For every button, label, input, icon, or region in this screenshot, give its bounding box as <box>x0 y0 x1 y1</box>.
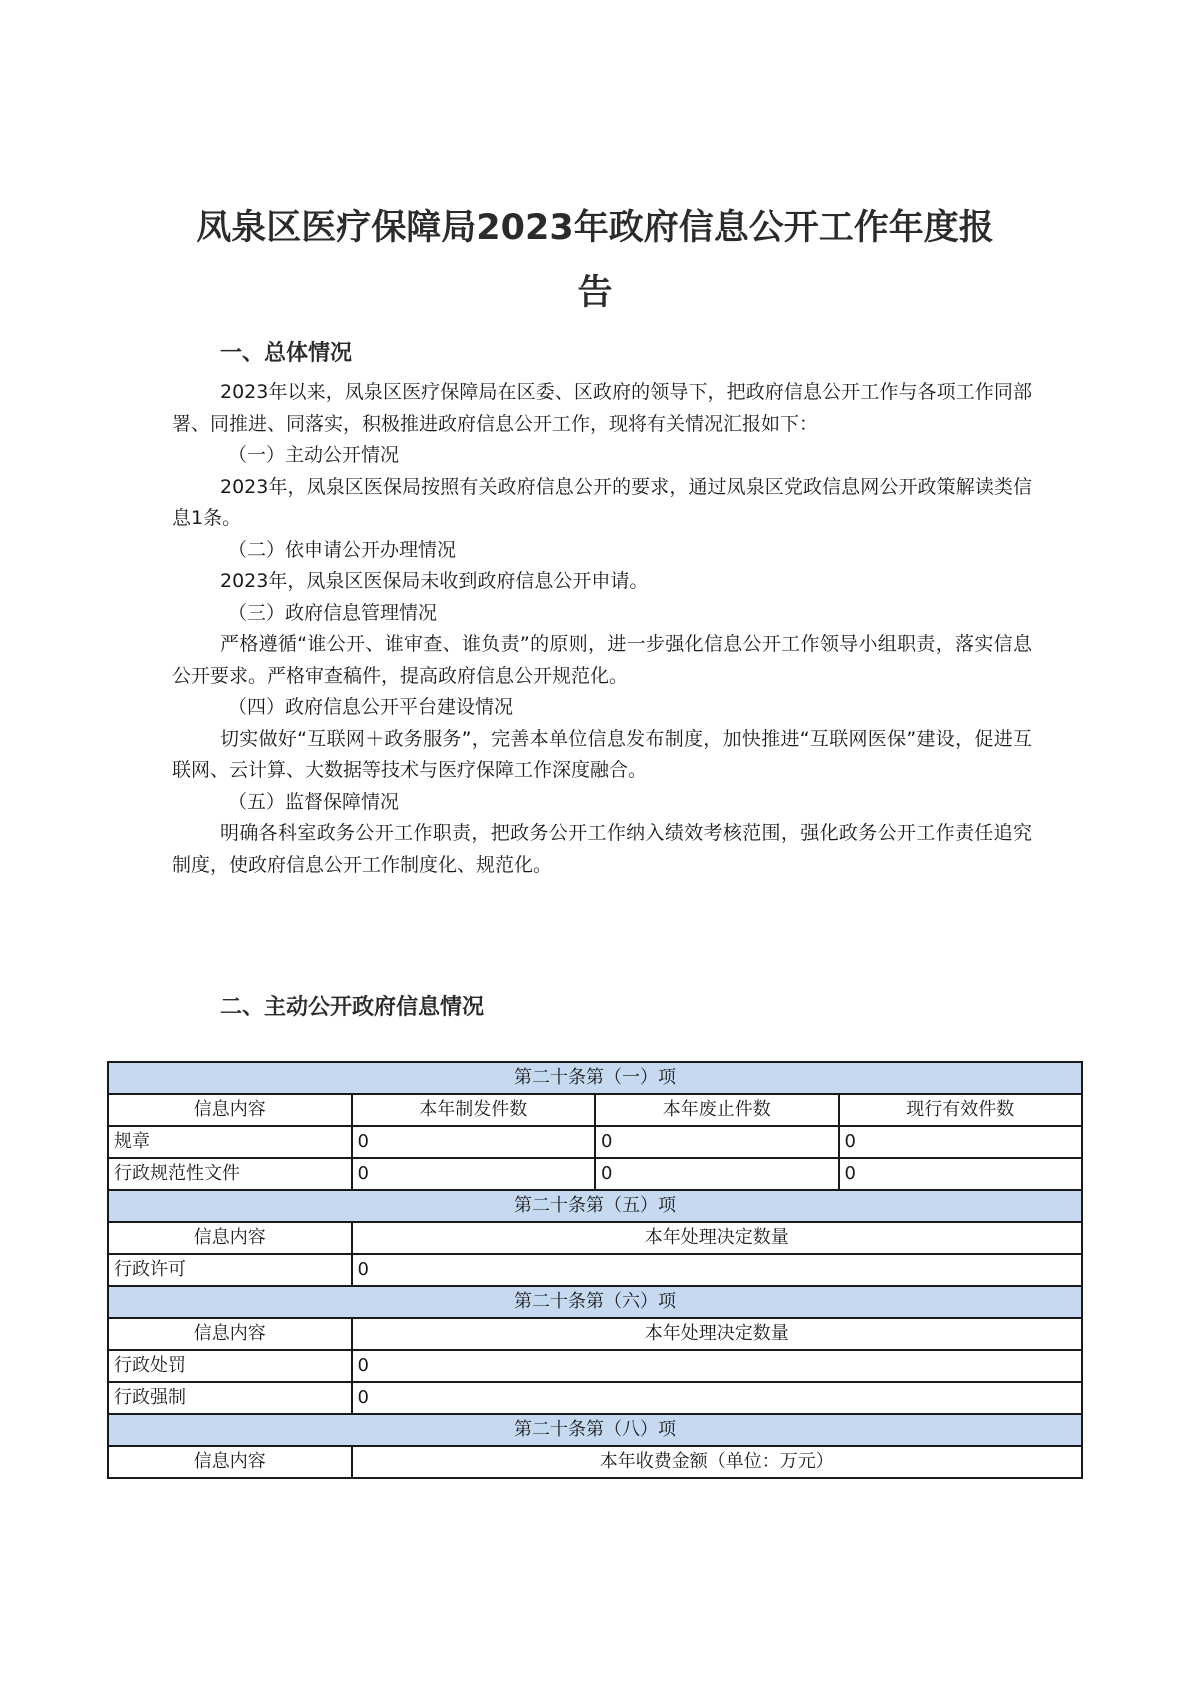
column-header: 本年废止件数 <box>595 1094 839 1126</box>
table-header-row: 信息内容 本年处理决定数量 <box>108 1318 1082 1350</box>
group-title: 第二十条第（五）项 <box>108 1190 1082 1222</box>
title-line-2: 告 <box>160 261 1030 326</box>
row-label: 行政强制 <box>108 1382 352 1414</box>
subsection-text-5: 明确各科室政务公开工作职责，把政务公开工作纳入绩效考核范围，强化政务公开工作责任… <box>172 818 1032 881</box>
column-header: 本年处理决定数量 <box>352 1318 1083 1350</box>
table-header-row: 信息内容 本年制发件数 本年废止件数 现行有效件数 <box>108 1094 1082 1126</box>
row-label: 行政许可 <box>108 1254 352 1286</box>
table-group-title-row: 第二十条第（一）项 <box>108 1062 1082 1094</box>
document-page: 凤泉区医疗保障局2023年政府信息公开工作年度报 告 一、总体情况 2023年以… <box>0 0 1190 1683</box>
subsection-text-1: 2023年，凤泉区医保局按照有关政府信息公开的要求，通过凤泉区党政信息网公开政策… <box>172 472 1032 535</box>
subsection-heading-2: （二）依申请公开办理情况 <box>172 535 1032 567</box>
disclosure-table: 第二十条第（一）项 信息内容 本年制发件数 本年废止件数 现行有效件数 规章 0… <box>107 1061 1083 1479</box>
column-header: 本年收费金额（单位：万元） <box>352 1446 1083 1478</box>
title-line-1: 凤泉区医疗保障局2023年政府信息公开工作年度报 <box>160 196 1030 261</box>
table-header-row: 信息内容 本年收费金额（单位：万元） <box>108 1446 1082 1478</box>
column-header: 本年处理决定数量 <box>352 1222 1083 1254</box>
row-label: 行政规范性文件 <box>108 1158 352 1190</box>
column-header: 信息内容 <box>108 1094 352 1126</box>
table-group-title-row: 第二十条第（五）项 <box>108 1190 1082 1222</box>
table-row: 规章 0 0 0 <box>108 1126 1082 1158</box>
column-header: 现行有效件数 <box>839 1094 1083 1126</box>
section-overview-body: 2023年以来，凤泉区医疗保障局在区委、区政府的领导下，把政府信息公开工作与各项… <box>172 377 1032 881</box>
table-row: 行政规范性文件 0 0 0 <box>108 1158 1082 1190</box>
column-header: 信息内容 <box>108 1446 352 1478</box>
cell-value: 0 <box>595 1158 839 1190</box>
row-label: 行政处罚 <box>108 1350 352 1382</box>
section-heading-proactive-disclosure: 二、主动公开政府信息情况 <box>220 990 484 1021</box>
subsection-text-4: 切实做好“互联网＋政务服务”，完善本单位信息发布制度，加快推进“互联网医保”建设… <box>172 724 1032 787</box>
table-group-title-row: 第二十条第（八）项 <box>108 1414 1082 1446</box>
column-header: 信息内容 <box>108 1222 352 1254</box>
cell-value: 0 <box>839 1126 1083 1158</box>
cell-value: 0 <box>352 1350 1083 1382</box>
subsection-heading-3: （三）政府信息管理情况 <box>172 598 1032 630</box>
subsection-heading-5: （五）监督保障情况 <box>172 787 1032 819</box>
column-header: 信息内容 <box>108 1318 352 1350</box>
cell-value: 0 <box>595 1126 839 1158</box>
subsection-heading-4: （四）政府信息公开平台建设情况 <box>172 692 1032 724</box>
table-group-title-row: 第二十条第（六）项 <box>108 1286 1082 1318</box>
table-row: 行政处罚 0 <box>108 1350 1082 1382</box>
subsection-text-3: 严格遵循“谁公开、谁审查、谁负责”的原则，进一步强化信息公开工作领导小组职责，落… <box>172 629 1032 692</box>
group-title: 第二十条第（八）项 <box>108 1414 1082 1446</box>
subsection-heading-1: （一）主动公开情况 <box>172 440 1032 472</box>
table-header-row: 信息内容 本年处理决定数量 <box>108 1222 1082 1254</box>
document-title: 凤泉区医疗保障局2023年政府信息公开工作年度报 告 <box>160 196 1030 326</box>
subsection-text-2: 2023年，凤泉区医保局未收到政府信息公开申请。 <box>172 566 1032 598</box>
section-heading-overview: 一、总体情况 <box>220 336 352 367</box>
cell-value: 0 <box>352 1126 596 1158</box>
cell-value: 0 <box>352 1158 596 1190</box>
cell-value: 0 <box>352 1382 1083 1414</box>
overview-intro: 2023年以来，凤泉区医疗保障局在区委、区政府的领导下，把政府信息公开工作与各项… <box>172 377 1032 440</box>
cell-value: 0 <box>839 1158 1083 1190</box>
table-row: 行政强制 0 <box>108 1382 1082 1414</box>
cell-value: 0 <box>352 1254 1083 1286</box>
row-label: 规章 <box>108 1126 352 1158</box>
group-title: 第二十条第（一）项 <box>108 1062 1082 1094</box>
group-title: 第二十条第（六）项 <box>108 1286 1082 1318</box>
table-row: 行政许可 0 <box>108 1254 1082 1286</box>
column-header: 本年制发件数 <box>352 1094 596 1126</box>
